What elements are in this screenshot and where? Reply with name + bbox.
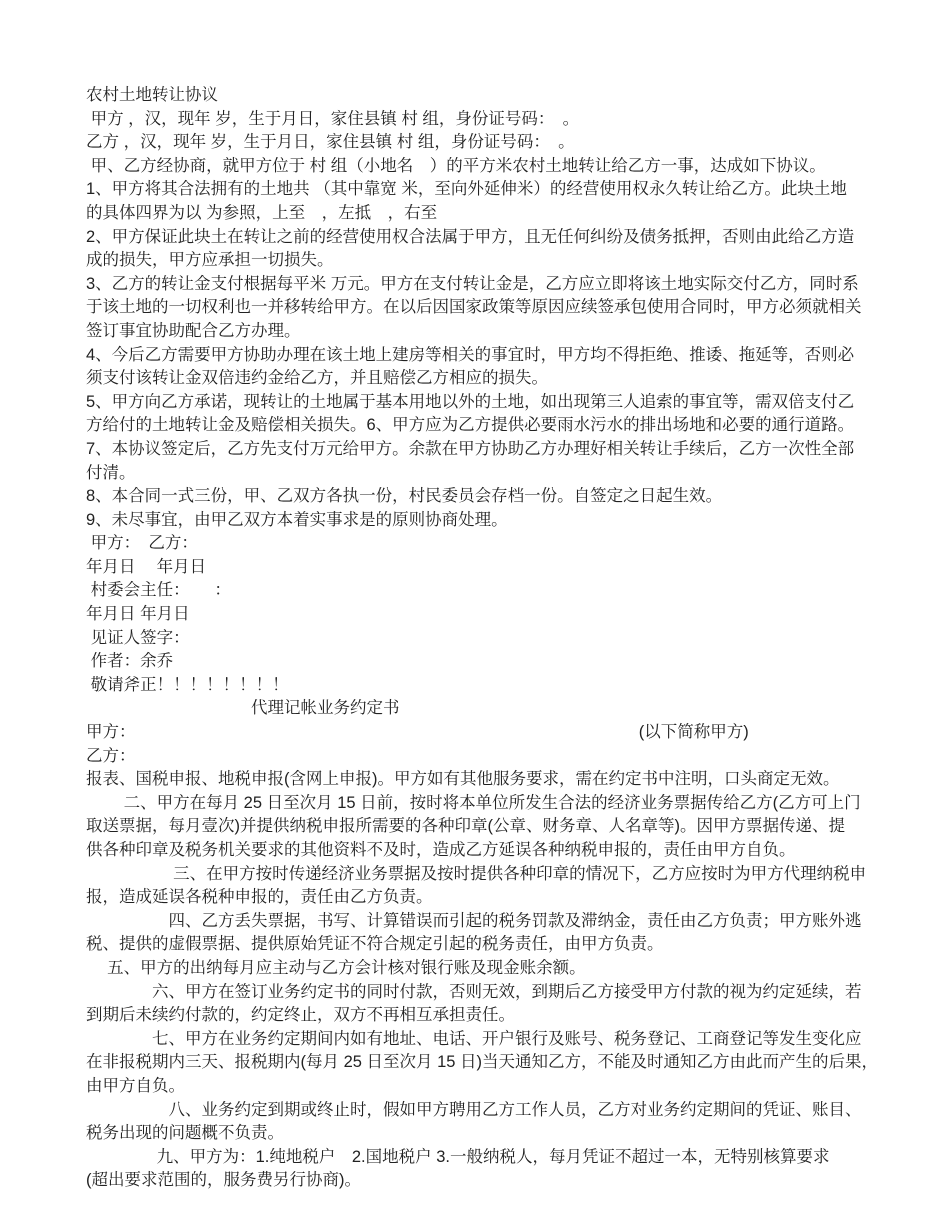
document-line: 5、甲方向乙方承诺，现转让的土地属于基本用地以外的土地，如出现第三人追索的事宜等… [86, 391, 932, 415]
document-line: 乙方： [86, 745, 932, 769]
document-line: 七、甲方在业务约定期间内如有地址、电话、开户银行及账号、税务登记、工商登记等发生… [86, 1028, 932, 1052]
document-line: 取送票据，每月壹次)并提供纳税申报所需要的各种印章(公章、财务章、人名章等)。因… [86, 815, 932, 839]
document-line: 由甲方自负。 [86, 1075, 932, 1099]
document-line: 六、甲方在签订业务约定书的同时付款，否则无效，到期后乙方接受甲方付款的视为约定延… [86, 981, 932, 1005]
document-line: 甲、乙方经协商，就甲方位于 村 组（小地名 ）的平方米农村土地转让给乙方一事，达… [86, 155, 932, 179]
document-line: 3、乙方的转让金支付根据每平米 万元。甲方在支付转让金是，乙方应立即将该土地实际… [86, 273, 932, 297]
document-line: 方给付的土地转让金及赔偿相关损失。6、甲方应为乙方提供必要雨水污水的排出场地和必… [86, 414, 932, 438]
document-line: 二、甲方在每月 25 日至次月 15 日前，按时将本单位所发生合法的经济业务票据… [86, 792, 932, 816]
document-line: 年月日 年月日 [86, 556, 932, 580]
document-line: 税务出现的问题概不负责。 [86, 1122, 932, 1146]
document-line: 甲方 ，汉，现年 岁，生于月日，家住县镇 村 组，身份证号码： 。 [86, 108, 932, 132]
document-title-line: 代理记帐业务约定书 [86, 697, 932, 721]
document-line: 2、甲方保证此块土在转让之前的经营使用权合法属于甲方，且无任何纠纷及债务抵押，否… [86, 226, 932, 250]
document-line: 到期后未续约付款的，约定终止，双方不再相互承担责任。 [86, 1004, 932, 1028]
document-line: 的具体四界为以 为参照，上至 ，左抵 ，右至 [86, 202, 932, 226]
document-line: (超出要求范围的，服务费另行协商)。 [86, 1169, 932, 1193]
document-title-line: 农村土地转让协议 [86, 84, 932, 108]
document-line: 乙方 ，汉，现年 岁，生于月日，家住县镇 村 组，身份证号码： 。 [86, 131, 932, 155]
land-transfer-agreement-doc: 农村土地转让协议 甲方 ，汉，现年 岁，生于月日，家住县镇 村 组，身份证号码：… [86, 84, 932, 697]
document-line: 甲方： 乙方： [86, 532, 932, 556]
document-line: 8、本合同一式三份，甲、乙双方各执一份，村民委员会存档一份。自签定之日起生效。 [86, 485, 932, 509]
document-line: 7、本协议签定后，乙方先支付万元给甲方。余款在甲方协助乙方办理好相关转让手续后，… [86, 438, 932, 462]
document-line: 付清。 [86, 462, 932, 486]
document-line: 八、业务约定到期或终止时，假如甲方聘用乙方工作人员，乙方对业务约定期间的凭证、账… [86, 1099, 932, 1123]
document-line: 税、提供的虚假票据、提供原始凭证不符合规定引起的税务责任，由甲方负责。 [86, 933, 932, 957]
document-line: 9、未尽事宜，由甲乙双方本着实事求是的原则协商处理。 [86, 509, 932, 533]
document-line: 五、甲方的出纳每月应主动与乙方会计核对银行账及现金账余额。 [86, 957, 932, 981]
document-line: 村委会主任： ： [86, 579, 932, 603]
document-line: 三、在甲方按时传递经济业务票据及按时提供各种印章的情况下，乙方应按时为甲方代理纳… [86, 863, 932, 887]
document-line: 见证人签字： [86, 627, 932, 651]
document-line: 九、甲方为：1.纯地税户 2.国地税户 3.一般纳税人，每月凭证不超过一本，无特… [86, 1146, 932, 1170]
document-line: 敬请斧正！！！！！！！！ [86, 674, 932, 698]
document-line: 在非报税期内三天、报税期内(每月 25 日至次月 15 日)当天通知乙方，不能及… [86, 1051, 932, 1075]
document-line: 须支付该转让金双倍违约金给乙方，并且赔偿乙方相应的损失。 [86, 367, 932, 391]
document-line: 甲方： (以下简称甲方) [86, 721, 932, 745]
document-line: 报表、国税申报、地税申报(含网上申报)。甲方如有其他服务要求，需在约定书中注明，… [86, 768, 932, 792]
document-line: 报，造成延误各税种申报的，责任由乙方负责。 [86, 886, 932, 910]
document-line: 四、乙方丢失票据，书写、计算错误而引起的税务罚款及滞纳金，责任由乙方负责；甲方账… [86, 910, 932, 934]
document-line: 1、甲方将其合法拥有的土地共 （其中靠宽 米，至向外延伸米）的经营使用权永久转让… [86, 178, 932, 202]
document-line: 4、今后乙方需要甲方协助办理在该土地上建房等相关的事宜时，甲方均不得拒绝、推诿、… [86, 344, 932, 368]
document-page: 农村土地转让协议 甲方 ，汉，现年 岁，生于月日，家住县镇 村 组，身份证号码：… [0, 0, 950, 1230]
document-line: 签订事宜协助配合乙方办理。 [86, 320, 932, 344]
bookkeeping-agency-agreement-doc: 代理记帐业务约定书甲方： (以下简称甲方)乙方：报表、国税申报、地税申报(含网上… [86, 697, 932, 1192]
document-line: 年月日 年月日 [86, 603, 932, 627]
document-line: 供各种印章及税务机关要求的其他资料不及时，造成乙方延误各种纳税申报的，责任由甲方… [86, 839, 932, 863]
document-line: 成的损失，甲方应承担一切损失。 [86, 249, 932, 273]
document-line: 作者：余乔 [86, 650, 932, 674]
document-line: 于该土地的一切权利也一并移转给甲方。在以后因国家政策等原因应续签承包使用合同时，… [86, 296, 932, 320]
